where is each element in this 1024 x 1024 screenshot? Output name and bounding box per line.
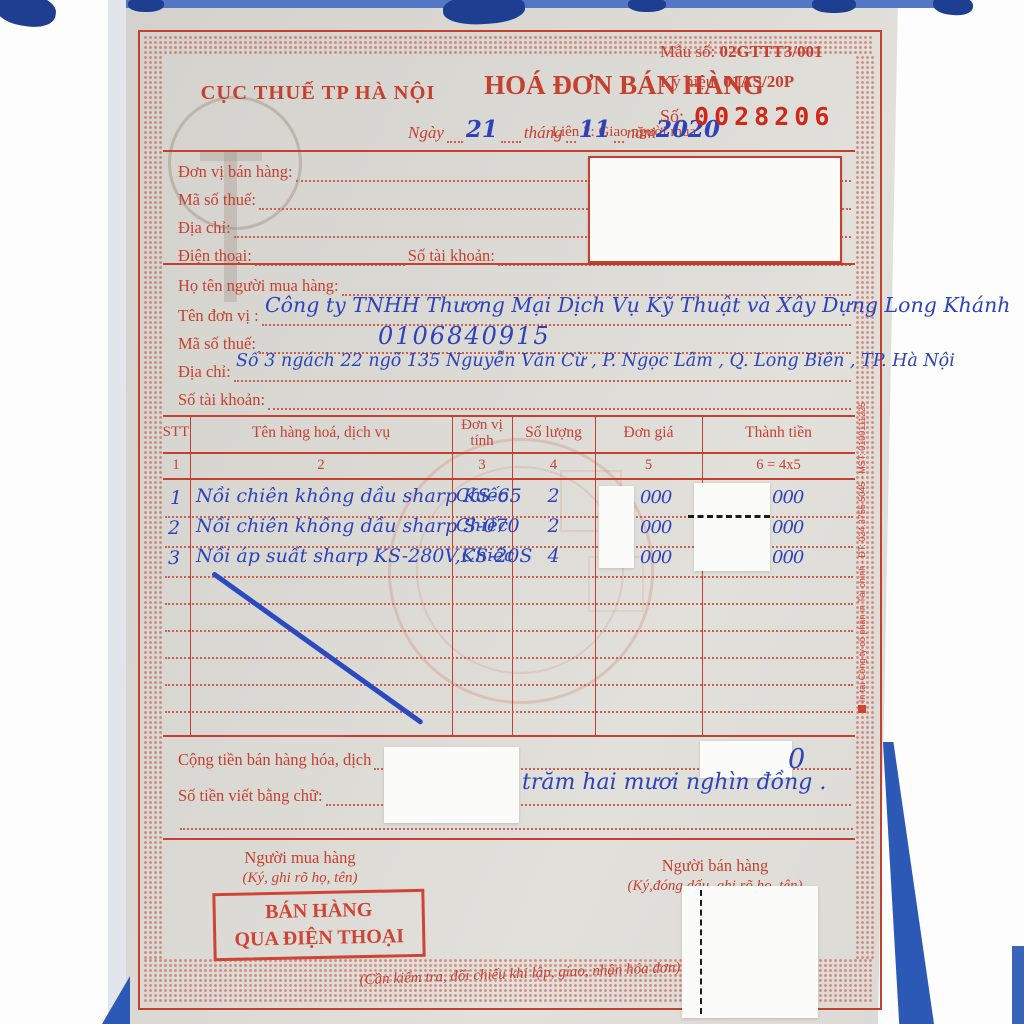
row1-unit: Chiếc — [452, 485, 512, 506]
row2-unit-price: 000 — [640, 517, 671, 538]
black-dashed-line-amount — [688, 515, 770, 518]
phone-sale-stamp: BÁN HÀNG QUA ĐIỆN THOẠI — [212, 889, 425, 961]
blue-mark-top-1 — [128, 0, 164, 12]
book-edge-left — [108, 0, 128, 1024]
row2-amount: 000 — [772, 517, 803, 538]
redaction-box-seller-signature — [682, 886, 818, 1018]
row-guide — [165, 711, 853, 713]
col-number-2: 2 — [190, 457, 452, 474]
row2-qty: 2 — [512, 515, 595, 537]
redaction-box-unit-price — [599, 486, 634, 568]
row1-unit-price: 000 — [640, 487, 671, 508]
printer-credit-vertical: In tại Công ty cổ phần in Tài chính - ĐT… — [853, 402, 870, 747]
issuer-name: CỤC THUẾ TP HÀ NỘI — [168, 82, 468, 105]
amount-words-extra-guide — [180, 828, 853, 830]
date-dots-1 — [447, 127, 463, 143]
row-guide — [165, 576, 853, 578]
table-top-border — [163, 415, 855, 417]
row3-stt: 3 — [168, 547, 180, 569]
row-guide — [165, 684, 853, 686]
buyer-account-line: Số tài khoản: — [178, 390, 854, 410]
form-number-line: Mẫu số: 02GTTT3/001 — [660, 42, 822, 62]
col-header-unit: Đơn vị tính — [452, 418, 512, 450]
buyer-unit-handwritten: Công ty TNHH Thương Mại Dịch Vụ Kỹ Thuật… — [265, 293, 1010, 317]
date-label-day: Ngày — [408, 123, 444, 143]
redaction-box-seller — [588, 156, 842, 263]
col-header-price: Đơn giá — [595, 424, 702, 442]
row3-amount: 000 — [772, 547, 803, 568]
row1-qty: 2 — [512, 485, 595, 507]
invoice-number-label: Số: — [660, 106, 684, 127]
date-month-handwritten: 11 — [579, 116, 611, 143]
invoice-photo: CỤC THUẾ TP HÀ NỘI HOÁ ĐƠN BÁN HÀNG Liên… — [0, 0, 1024, 1024]
row-guide — [165, 603, 853, 605]
table-bottom-border — [163, 735, 855, 737]
date-label-month: tháng — [524, 123, 563, 143]
blue-mark-top-corner — [0, 0, 58, 30]
seller-tax-label: Mã số thuế: — [178, 190, 256, 210]
buyer-account-label: Số tài khoản: — [178, 390, 265, 410]
redaction-box-total-left — [384, 747, 519, 823]
col-header-qty: Số lượng — [512, 424, 595, 442]
date-day-handwritten: 21 — [466, 116, 498, 143]
amount-words-label: Số tiền viết bằng chữ: — [178, 786, 323, 806]
row-guide — [165, 657, 853, 659]
row2-unit: Chiếc — [452, 515, 512, 536]
serial-label: Ký hiệu: — [660, 72, 719, 91]
photo-blue-sliver-bottom-right — [1012, 946, 1024, 1024]
buyer-unit-label: Tên đơn vị : — [178, 306, 259, 326]
row3-unit: Chiếc — [458, 545, 518, 566]
col-number-3: 3 — [452, 457, 512, 474]
col-header-stt: STT — [161, 424, 191, 441]
black-dashed-line-signature — [700, 890, 702, 1014]
col-number-6: 6 = 4x5 — [702, 457, 855, 474]
total-label: Cộng tiền bán hàng hóa, dịch — [178, 750, 371, 770]
seller-sign-title: Người bán hàng — [580, 856, 850, 876]
date-dots-4 — [614, 127, 624, 143]
buyer-address-handwritten: Số 3 ngách 22 ngõ 135 Nguyễn Văn Cừ , P.… — [236, 351, 955, 371]
date-dots-2 — [501, 127, 521, 143]
serial-value: 01AS/20P — [723, 72, 794, 91]
printer-credit-text: In tại Công ty cổ phần in Tài chính - ĐT… — [857, 402, 867, 702]
buyer-tax-handwritten: 0106840915 — [378, 322, 551, 350]
stamp-line-1: BÁN HÀNG — [215, 896, 422, 927]
row3-qty: 4 — [512, 545, 595, 567]
printer-logo-icon — [858, 705, 866, 713]
col-number-4: 4 — [512, 457, 595, 474]
buyer-sign-title: Người mua hàng — [190, 848, 410, 868]
row1-stt: 1 — [170, 487, 182, 509]
blue-mark-top-4 — [812, 0, 856, 13]
date-dots-3 — [566, 127, 576, 143]
photo-blue-wedge-right — [876, 742, 934, 1024]
buyer-account-dots — [268, 394, 851, 410]
table-subheader-border — [163, 478, 855, 480]
serial-line: Ký hiệu: 01AS/20P — [660, 72, 794, 92]
lace-border-left — [143, 55, 163, 960]
divider-header — [163, 150, 855, 152]
col-header-amount: Thành tiền — [702, 424, 855, 442]
row-guide — [165, 630, 853, 632]
divider-totals — [163, 838, 855, 840]
blue-mark-top-3 — [628, 0, 666, 12]
row1-amount: 000 — [772, 487, 803, 508]
col-number-1: 1 — [161, 457, 191, 474]
buyer-sign-sub: (Ký, ghi rõ họ, tên) — [190, 870, 410, 887]
amount-words-handwritten: trăm hai mươi nghìn đồng . — [522, 770, 826, 795]
col-number-5: 5 — [595, 457, 702, 474]
divider-seller — [163, 263, 855, 265]
invoice-number-line: Số: 0028206 — [660, 102, 834, 131]
table-header-border — [163, 452, 855, 454]
row3-unit-price: 000 — [640, 547, 671, 568]
blue-mark-top-5 — [932, 0, 974, 17]
invoice-number-value: 0028206 — [694, 102, 834, 131]
redaction-box-amount — [694, 483, 770, 571]
stamp-line-2: QUA ĐIỆN THOẠI — [216, 923, 423, 954]
form-value: 02GTTT3/001 — [720, 42, 823, 61]
seller-unit-label: Đơn vị bán hàng: — [178, 162, 293, 182]
buyer-address-label: Địa chỉ: — [178, 362, 231, 382]
form-label: Mẫu số: — [660, 42, 715, 61]
date-label-year: năm — [627, 123, 656, 143]
seller-address-label: Địa chỉ: — [178, 218, 231, 238]
row2-stt: 2 — [168, 517, 180, 539]
col-header-name: Tên hàng hoá, dịch vụ — [190, 424, 452, 442]
